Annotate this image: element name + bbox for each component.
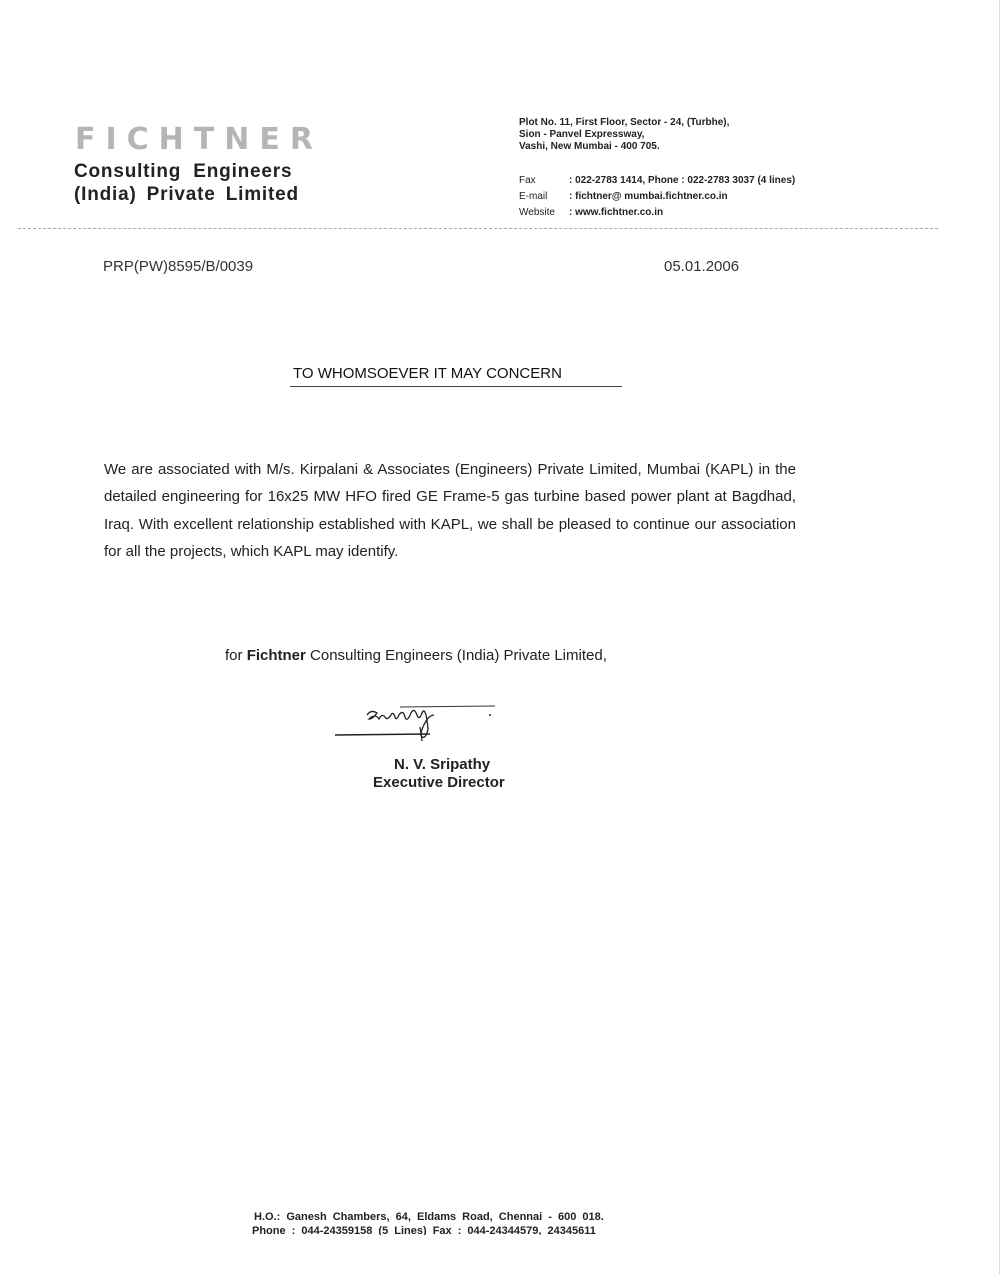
company-address: Plot No. 11, First Floor, Sector - 24, (… [519, 117, 729, 153]
email-value: : fichtner@ mumbai.fichtner.co.in [569, 191, 728, 202]
closing-company-bold: Fichtner [247, 647, 306, 664]
reference-number: PRP(PW)8595/B/0039 [103, 258, 253, 275]
contact-details: Fax: 022-2783 1414, Phone : 022-2783 303… [519, 173, 795, 221]
fax-row: Fax: 022-2783 1414, Phone : 022-2783 303… [519, 173, 795, 189]
fax-label: Fax [519, 173, 569, 189]
address-line: Sion - Panvel Expressway, [519, 129, 729, 141]
letter-date: 05.01.2006 [664, 258, 739, 275]
email-label: E-mail [519, 189, 569, 205]
closing-line: for Fichtner Consulting Engineers (India… [225, 647, 607, 664]
letter-body: We are associated with M/s. Kirpalani & … [104, 456, 796, 565]
company-logo: FICHTNER [75, 122, 323, 157]
footer-head-office: H.O.: Ganesh Chambers, 64, Eldams Road, … [254, 1211, 604, 1223]
website-value: : www.fichtner.co.in [569, 207, 663, 218]
company-name-line2: (India) Private Limited [74, 184, 299, 206]
footer-phone-fax: Phone : 044-24359158 (5 Lines) Fax : 044… [252, 1225, 596, 1235]
signature [335, 697, 505, 752]
signatory-title: Executive Director [373, 774, 505, 791]
address-line: Vashi, New Mumbai - 400 705. [519, 141, 729, 153]
signatory-name: N. V. Sripathy [394, 756, 490, 773]
email-row: E-mail: fichtner@ mumbai.fichtner.co.in [519, 189, 795, 205]
signature-icon [335, 697, 505, 747]
website-label: Website [519, 205, 569, 221]
letter-subject: TO WHOMSOEVER IT MAY CONCERN [290, 365, 622, 387]
address-line: Plot No. 11, First Floor, Sector - 24, (… [519, 117, 729, 129]
company-name-line1: Consulting Engineers [74, 161, 292, 183]
letterhead-divider [18, 228, 938, 229]
fax-value: : 022-2783 1414, Phone : 022-2783 3037 (… [569, 175, 795, 186]
website-row: Website: www.fichtner.co.in [519, 205, 795, 221]
